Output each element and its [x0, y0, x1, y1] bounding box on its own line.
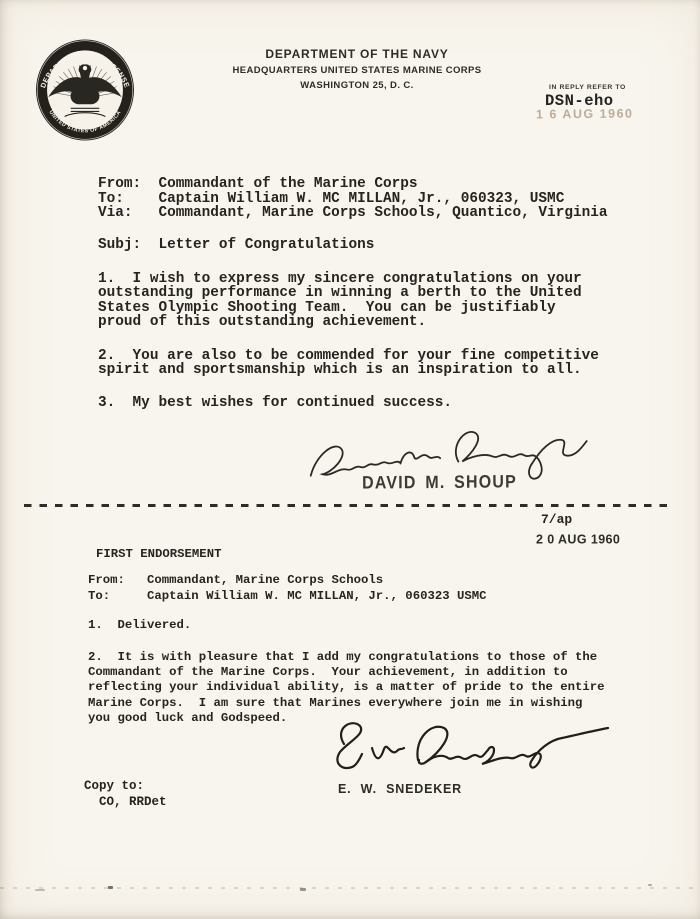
- letterhead: DEPARTMENT OF THE NAVY HEADQUARTERS UNIT…: [187, 47, 527, 91]
- letterhead-line3: WASHINGTON 25, D. C.: [187, 80, 527, 91]
- copy-to-block: Copy to: CO, RRDet: [84, 779, 167, 810]
- separator-dashed-line: [24, 504, 674, 507]
- typist-initials: 7/ap: [541, 512, 572, 527]
- page-crease: [0, 887, 700, 889]
- shoup-name-stamp: DAVID M. SHOUP: [362, 473, 517, 494]
- endorsement-paragraph-1: 1. Delivered.: [88, 618, 678, 633]
- subject-line: Subj: Letter of Congratulations: [98, 238, 678, 253]
- snedeker-typed-name: E. W. SNEDEKER: [338, 782, 462, 796]
- paragraph-1: 1. I wish to express my sincere congratu…: [98, 272, 678, 330]
- received-date-stamp: 1 6 AUG 1960: [536, 106, 634, 121]
- department-of-defense-seal-icon: DEPARTMENT OF DEFENSE UNITED STATES OF A…: [34, 38, 136, 142]
- endorsement-address-block: From: Commandant, Marine Corps Schools T…: [88, 573, 678, 604]
- scan-speck: [108, 886, 113, 889]
- scan-speck: [300, 888, 306, 891]
- letter-body: From: Commandant of the Marine Corps To:…: [98, 177, 678, 411]
- in-reply-refer-to-label: IN REPLY REFER TO: [549, 84, 626, 91]
- endorsement-date-stamp: 2 0 AUG 1960: [536, 532, 620, 547]
- scan-speck: [35, 889, 45, 891]
- letterhead-line1: DEPARTMENT OF THE NAVY: [187, 47, 527, 61]
- endorsement-title: FIRST ENDORSEMENT: [88, 547, 678, 562]
- endorsement-body: FIRST ENDORSEMENT From: Commandant, Mari…: [88, 547, 678, 727]
- address-block: From: Commandant of the Marine Corps To:…: [98, 177, 678, 221]
- letterhead-line2: HEADQUARTERS UNITED STATES MARINE CORPS: [187, 65, 527, 76]
- scan-speck: [648, 884, 652, 886]
- paragraph-3: 3. My best wishes for continued success.: [98, 396, 678, 411]
- scanned-letter-page: DEPARTMENT OF DEFENSE UNITED STATES OF A…: [0, 0, 700, 919]
- paragraph-2: 2. You are also to be commended for your…: [98, 349, 678, 378]
